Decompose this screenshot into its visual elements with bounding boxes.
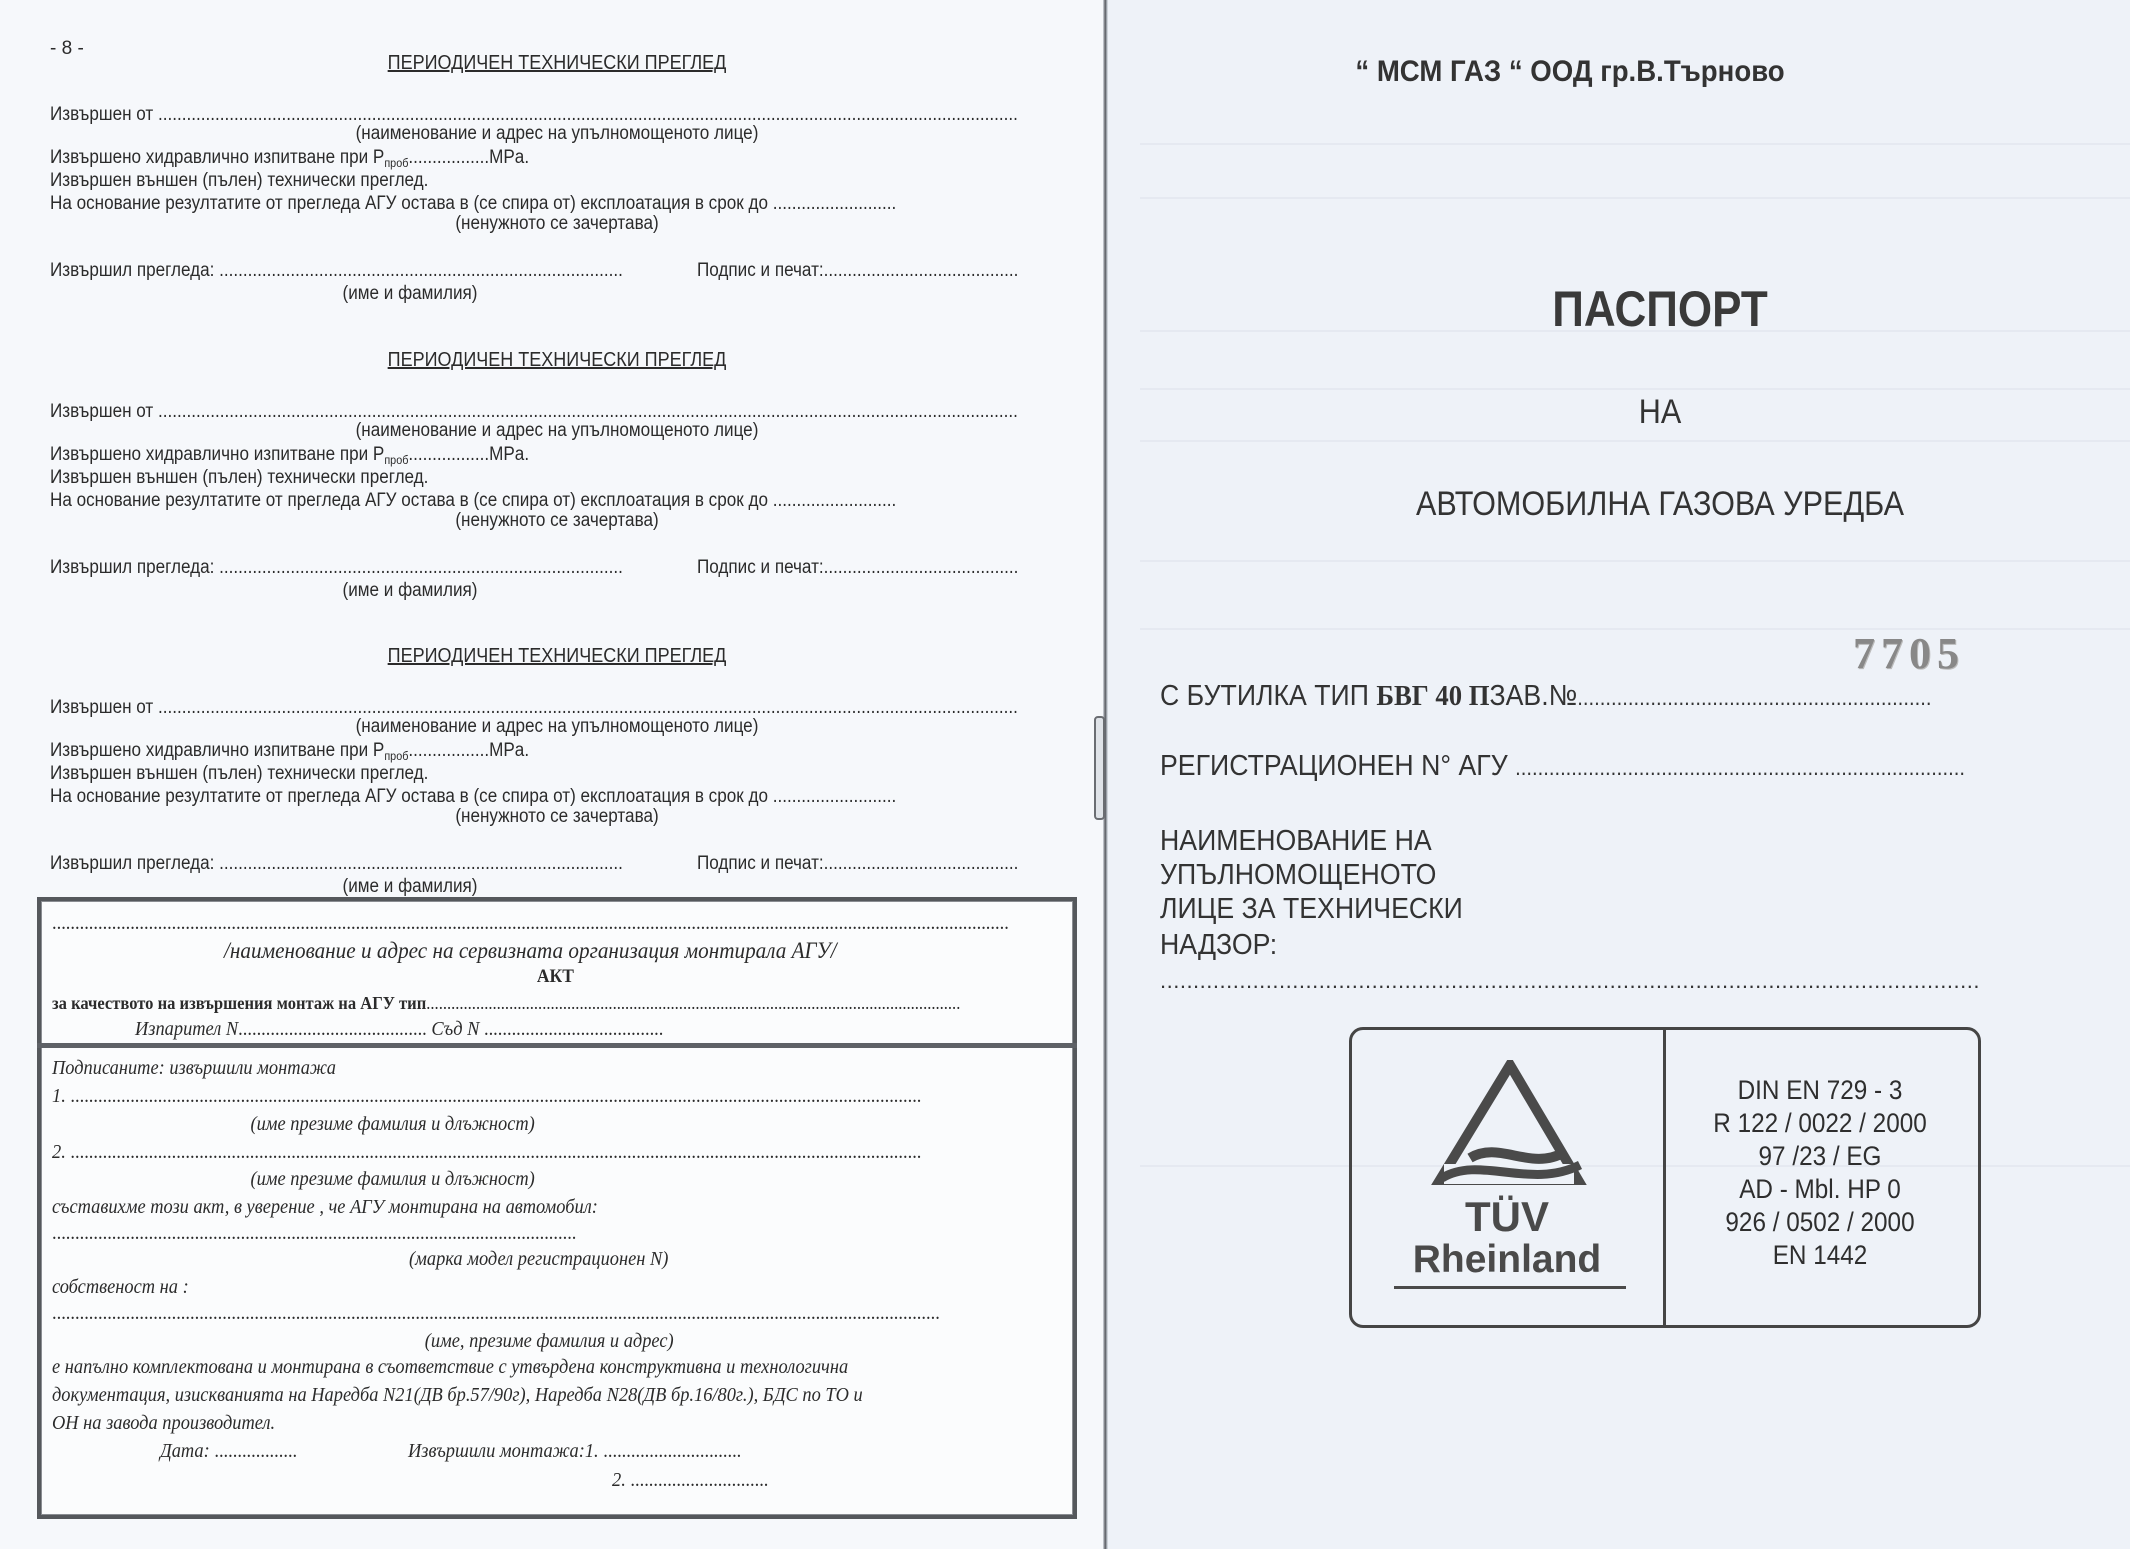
tuv-brand-1: TÜV xyxy=(1465,1193,1549,1241)
fill-in-dots: ........................................… xyxy=(219,557,623,578)
label-text: Извършил прегледа: xyxy=(50,260,214,281)
supervisor-label-line: УПЪЛНОМОЩЕНОТО xyxy=(1160,859,1436,892)
label-text: (наименование и адрес на упълномощеното … xyxy=(356,123,759,144)
vehicle-dotted-line[interactable]: ........................................… xyxy=(52,1222,576,1245)
strike-hint: (ненужното се зачертава) xyxy=(455,510,658,532)
signature-line[interactable]: Подпис и печат:.........................… xyxy=(697,853,1018,875)
installer-2-number: 2. xyxy=(612,1469,626,1491)
external-inspection-text: Извършен външен (пълен) технически прегл… xyxy=(50,170,428,192)
act-signer-1-line[interactable]: 1. .....................................… xyxy=(52,1085,921,1108)
external-inspection-text: Извършен външен (пълен) технически прегл… xyxy=(50,467,428,489)
label-text: MPa. xyxy=(489,740,529,761)
act-signer-2-line[interactable]: 2. .....................................… xyxy=(52,1141,921,1164)
company-name: “ МСМ ГАЗ “ ООД гр.В.Търново xyxy=(1355,55,1784,89)
label-text: (ненужното се зачертава) xyxy=(455,806,658,827)
act-quality-label: за качеството на извършения монтаж на АГ… xyxy=(52,993,426,1013)
inspector-hint: (име и фамилия) xyxy=(343,876,478,898)
cylinder-line[interactable]: С БУТИЛКА ТИП БВГ 40 ПЗАВ.№.............… xyxy=(1160,680,1932,713)
inspector-hint: (име и фамилия) xyxy=(343,283,478,305)
label-text: (наименование и адрес на упълномощеното … xyxy=(356,716,759,737)
staple-icon xyxy=(1094,716,1105,820)
act-installer-1-line[interactable]: Извършили монтажа:1. ...................… xyxy=(408,1440,741,1463)
label-text: Извършено хидравлично изпитване при P xyxy=(50,740,384,761)
inspector-line[interactable]: Извършил прегледа: .....................… xyxy=(50,557,623,579)
inspector-hint: (име и фамилия) xyxy=(343,580,478,602)
supervisor-label-line: ЛИЦЕ ЗА ТЕХНИЧЕСКИ xyxy=(1160,893,1463,926)
act-vehicle-hint: (марка модел регистрационен N) xyxy=(409,1248,668,1271)
act-signer-2-hint: (име презиме фамилия и длъжност) xyxy=(250,1168,534,1191)
label-text: ПЕРИОДИЧЕН ТЕХНИЧЕСКИ ПРЕГЛЕД xyxy=(388,349,727,371)
fill-in-dots: ........................................… xyxy=(219,853,623,874)
basis-line[interactable]: На основание резултатите от прегледа АГУ… xyxy=(50,193,896,215)
fill-in-dots: ........................................… xyxy=(824,853,1019,874)
inspector-line[interactable]: Извършил прегледа: .....................… xyxy=(50,260,623,282)
act-compiled-text: съставихме този акт, в уверение , че АГУ… xyxy=(52,1196,598,1219)
label-text: ПЕРИОДИЧЕН ТЕХНИЧЕСКИ ПРЕГЛЕД xyxy=(388,52,727,74)
page-number: - 8 - xyxy=(50,38,84,60)
standard-code: DIN EN 729 - 3 xyxy=(1738,1075,1903,1106)
act-title: АКТ xyxy=(537,966,574,988)
hydraulic-test-line[interactable]: Извършено хидравлично изпитване при Pпро… xyxy=(50,740,529,763)
label-text: (име и фамилия) xyxy=(343,580,478,601)
act-date-label: Дата: xyxy=(160,1440,210,1462)
label-text: Извършено хидравлично изпитване при P xyxy=(50,147,384,168)
label-text: Извършен външен (пълен) технически прегл… xyxy=(50,467,428,488)
tuv-underline xyxy=(1394,1286,1626,1289)
label-text: Подпис и печат: xyxy=(697,853,824,874)
standard-code: R 122 / 0022 / 2000 xyxy=(1713,1108,1926,1139)
act-compliance-1: е напълно комплектована и монтирана в съ… xyxy=(52,1356,848,1379)
label-text: На основание резултатите от прегледа АГУ… xyxy=(50,193,768,214)
label-text: MPa. xyxy=(489,147,529,168)
passport-title-on: НА xyxy=(1639,393,1682,432)
fill-in-dots: ................. xyxy=(408,444,489,465)
supervisor-dotted-line[interactable]: ........................................… xyxy=(1160,968,1980,994)
fill-in-dots: ................. xyxy=(408,147,489,168)
act-quality-line[interactable]: за качеството на извършения монтаж на АГ… xyxy=(52,993,960,1014)
label-text: (име и фамилия) xyxy=(343,876,478,897)
serial-number-stamp: 7705 xyxy=(1853,628,1965,679)
inspection-heading: ПЕРИОДИЧЕН ТЕХНИЧЕСКИ ПРЕГЛЕД xyxy=(388,52,727,75)
tuv-brand-2: Rheinland xyxy=(1413,1238,1602,1282)
signer-2-number: 2. xyxy=(52,1141,66,1163)
performed-by-hint: (наименование и адрес на упълномощеното … xyxy=(356,716,759,738)
registration-line[interactable]: РЕГИСТРАЦИОНЕН N° АГУ ..................… xyxy=(1160,750,1965,783)
fill-in-dots: ........................................… xyxy=(158,104,1018,125)
certification-divider xyxy=(1663,1027,1666,1328)
signature-line[interactable]: Подпис и печат:.........................… xyxy=(697,557,1018,579)
label-text: Извършен от xyxy=(50,697,153,718)
label-text: Извършил прегледа: xyxy=(50,557,214,578)
fill-in-dots: .......................... xyxy=(773,193,897,214)
strike-hint: (ненужното се зачертава) xyxy=(455,806,658,828)
label-text: Подпис и печат: xyxy=(697,557,824,578)
fill-in-dots: ........................................… xyxy=(158,697,1018,718)
supervisor-label-line: НАИМЕНОВАНИЕ НА xyxy=(1160,825,1432,858)
fill-in-dots: ........................................… xyxy=(824,260,1019,281)
basis-line[interactable]: На основание резултатите от прегледа АГУ… xyxy=(50,490,896,512)
standard-code: EN 1442 xyxy=(1773,1240,1868,1271)
fill-in-dots: .......................... xyxy=(773,490,897,511)
act-signer-1-hint: (име презиме фамилия и длъжност) xyxy=(250,1113,534,1136)
cylinder-label: С БУТИЛКА ТИП xyxy=(1160,680,1369,712)
label-text: Извършено хидравлично изпитване при P xyxy=(50,444,384,465)
fill-in-dots: ........................................… xyxy=(219,260,623,281)
act-installer-2-line[interactable]: 2. .............................. xyxy=(612,1469,768,1492)
label-text: Извършен външен (пълен) технически прегл… xyxy=(50,170,428,191)
label-text: Подпис и печат: xyxy=(697,260,824,281)
inspection-heading: ПЕРИОДИЧЕН ТЕХНИЧЕСКИ ПРЕГЛЕД xyxy=(388,645,727,668)
cylinder-type: БВГ 40 П xyxy=(1376,680,1489,712)
tuv-triangle-wave-icon xyxy=(1430,1060,1590,1190)
label-text: ПЕРИОДИЧЕН ТЕХНИЧЕСКИ ПРЕГЛЕД xyxy=(388,645,727,667)
strike-hint: (ненужното се зачертава) xyxy=(455,213,658,235)
label-text: MPa. xyxy=(489,444,529,465)
act-signed-label: Подписаните: извършили монтажа xyxy=(52,1057,336,1080)
org-dotted-line[interactable]: ........................................… xyxy=(52,912,1009,935)
label-text: Извършен от xyxy=(50,104,153,125)
standard-code: 926 / 0502 / 2000 xyxy=(1725,1207,1914,1238)
act-vessel-label: Съд N xyxy=(431,1018,479,1040)
fill-in-dots: .......................... xyxy=(773,786,897,807)
label-text: (име и фамилия) xyxy=(343,283,478,304)
label-text: Извършил прегледа: xyxy=(50,853,214,874)
performed-by-hint: (наименование и адрес на упълномощеното … xyxy=(356,123,759,145)
performed-by-hint: (наименование и адрес на упълномощеното … xyxy=(356,420,759,442)
signer-1-number: 1. xyxy=(52,1085,66,1107)
passport-subtitle: АВТОМОБИЛНА ГАЗОВА УРЕДБА xyxy=(1416,485,1904,524)
label-text: проб xyxy=(384,453,408,467)
fill-in-dots: ................. xyxy=(408,740,489,761)
fill-in-dots: ........................................… xyxy=(158,401,1018,422)
act-owner-hint: (име, презиме фамилия и адрес) xyxy=(425,1330,674,1353)
act-org-hint: /наименование и адрес на сервизната орга… xyxy=(224,938,837,964)
standard-code: AD - Mbl. HP 0 xyxy=(1739,1174,1901,1205)
act-compliance-2: документация, изискванията на Наредба N2… xyxy=(52,1384,863,1407)
external-inspection-text: Извършен външен (пълен) технически прегл… xyxy=(50,763,428,785)
label-text: Извършен външен (пълен) технически прегл… xyxy=(50,763,428,784)
inspector-line[interactable]: Извършил прегледа: .....................… xyxy=(50,853,623,875)
act-divider xyxy=(37,1043,1077,1048)
act-evaporator-line[interactable]: Изпарител N.............................… xyxy=(135,1018,663,1041)
owner-dotted-line[interactable]: ........................................… xyxy=(52,1302,940,1325)
act-owner-label: собственост на : xyxy=(52,1276,189,1299)
factory-no-label: ЗАВ.№ xyxy=(1490,680,1578,712)
standard-code: 97 /23 / EG xyxy=(1759,1141,1882,1172)
fill-in-dots: ........................................… xyxy=(824,557,1019,578)
signature-line[interactable]: Подпис и печат:.........................… xyxy=(697,260,1018,282)
label-text: (ненужното се зачертава) xyxy=(455,510,658,531)
basis-line[interactable]: На основание резултатите от прегледа АГУ… xyxy=(50,786,896,808)
inspection-heading: ПЕРИОДИЧЕН ТЕХНИЧЕСКИ ПРЕГЛЕД xyxy=(388,349,727,372)
label-text: (ненужното се зачертава) xyxy=(455,213,658,234)
label-text: (наименование и адрес на упълномощеното … xyxy=(356,420,759,441)
registration-label: РЕГИСТРАЦИОНЕН N° АГУ xyxy=(1160,750,1508,782)
hydraulic-test-line[interactable]: Извършено хидравлично изпитване при Pпро… xyxy=(50,444,529,467)
act-evaporator-label: Изпарител N xyxy=(135,1018,238,1040)
act-installers-label: Извършили монтажа:1. xyxy=(408,1440,599,1462)
supervisor-label-line: НАДЗОР: xyxy=(1160,929,1277,962)
act-compliance-3: ОН на завода производител. xyxy=(52,1412,275,1435)
passport-title: ПАСПОРТ xyxy=(1552,280,1768,338)
hydraulic-test-line[interactable]: Извършено хидравлично изпитване при Pпро… xyxy=(50,147,529,170)
label-text: проб xyxy=(384,749,408,763)
label-text: проб xyxy=(384,156,408,170)
label-text: На основание резултатите от прегледа АГУ… xyxy=(50,490,768,511)
label-text: Извършен от xyxy=(50,401,153,422)
act-date-line[interactable]: Дата: .................. xyxy=(160,1440,297,1463)
label-text: На основание резултатите от прегледа АГУ… xyxy=(50,786,768,807)
